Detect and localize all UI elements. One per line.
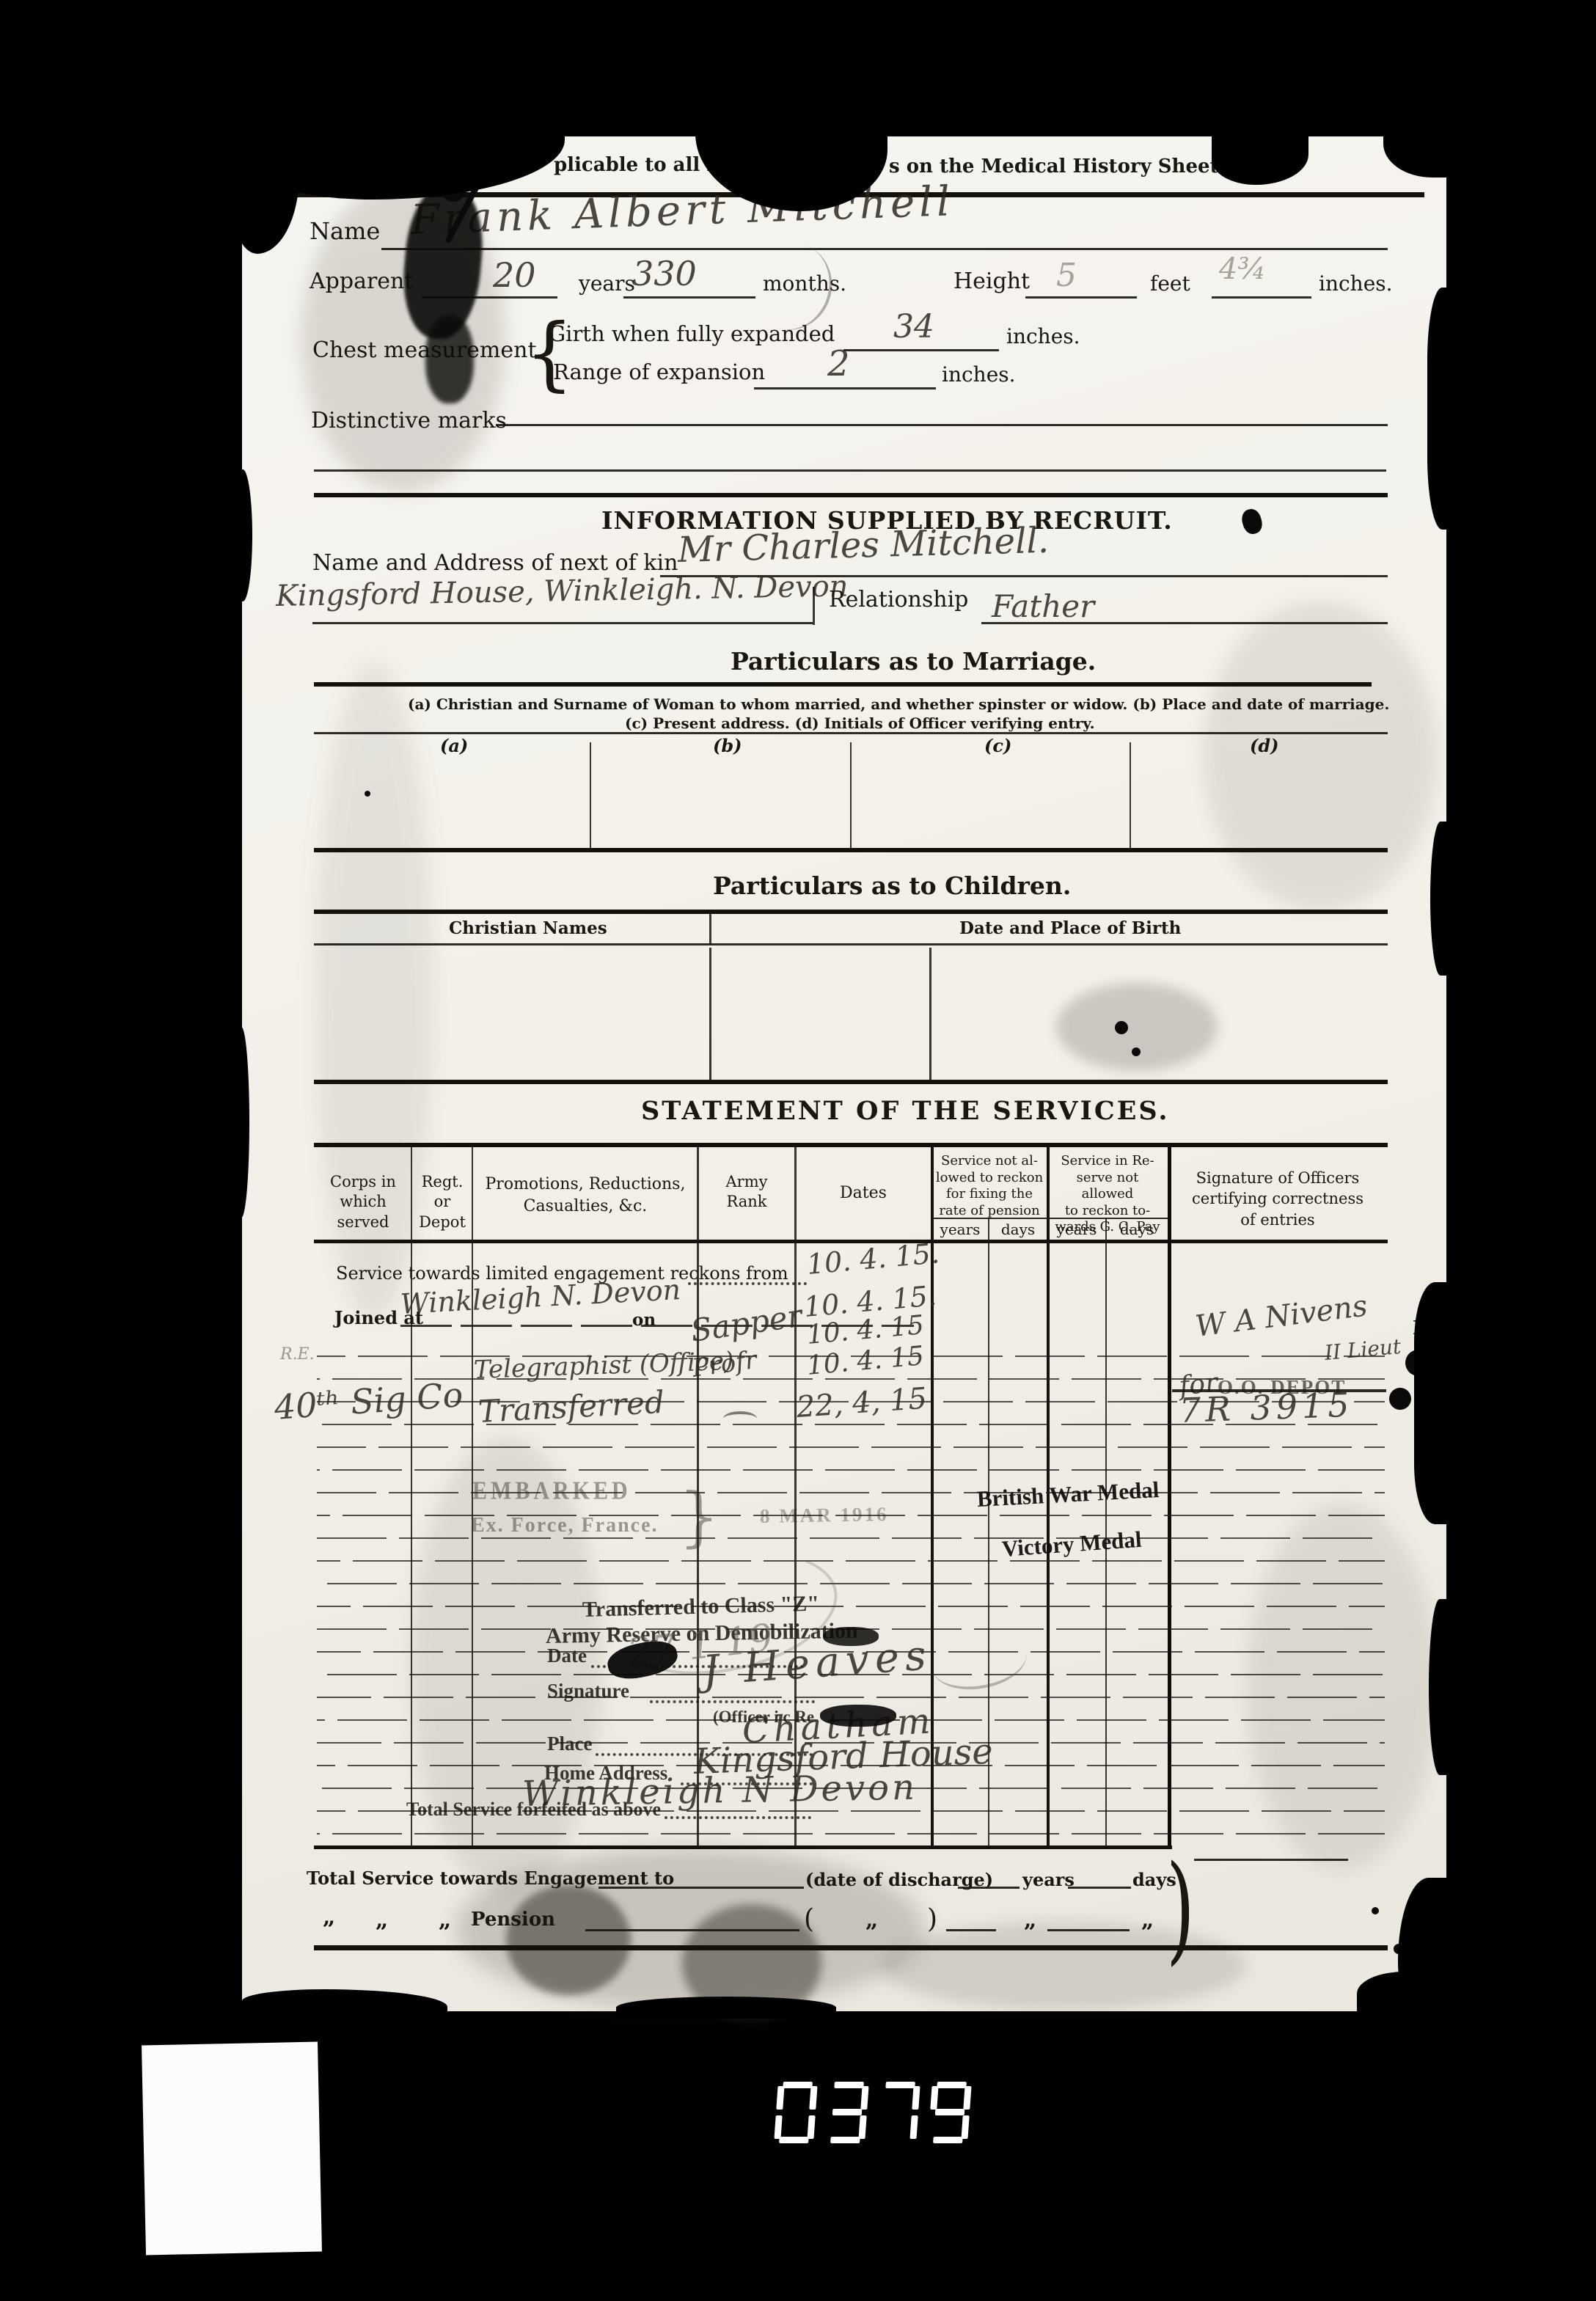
paren-close: ) xyxy=(927,1904,937,1934)
apparent-age-label: Apparent xyxy=(310,268,413,294)
marks-line1 xyxy=(496,424,1388,426)
scanned-service-record: plicable to all ran s on the Medical His… xyxy=(0,0,1596,2301)
digit-segment xyxy=(909,2115,918,2139)
sub-years1: years xyxy=(934,1221,986,1238)
ink-dot xyxy=(1389,1388,1411,1410)
height-feet-line xyxy=(1025,296,1137,299)
relationship-value: Father xyxy=(992,588,1094,624)
digit-segment xyxy=(912,2086,920,2110)
table-row-line xyxy=(317,1446,1385,1448)
dotted-leader xyxy=(665,1816,811,1819)
engagement-line xyxy=(598,1887,804,1889)
footer-years-label: years xyxy=(1022,1869,1075,1890)
ink-blot xyxy=(823,1627,879,1646)
header-fragment-right: s on the Medical History Sheet. xyxy=(889,156,1226,178)
counter-digit xyxy=(876,2082,920,2143)
table-row-line xyxy=(317,1469,1385,1471)
section-rule xyxy=(314,493,1388,497)
years-label: years xyxy=(579,271,635,296)
range-value: 2 xyxy=(827,343,850,384)
forfeited-label: Total Service forfeited as above xyxy=(406,1799,661,1821)
embark-brace: } xyxy=(678,1479,720,1554)
children-col-birth: Date and Place of Birth xyxy=(959,918,1181,938)
digit-segment xyxy=(935,2109,965,2115)
next-of-kin-label: Name and Address of next of kin xyxy=(312,550,678,576)
counter-digit xyxy=(774,2082,818,2143)
digit-segment xyxy=(783,2082,813,2088)
demob-place-label: Place xyxy=(547,1733,592,1755)
pension-label: Pension xyxy=(471,1909,555,1931)
girth-label: Girth when fully expanded xyxy=(549,321,835,346)
chest-brace: { xyxy=(525,306,574,400)
children-rule-top xyxy=(314,910,1388,914)
marriage-col-c: (c) xyxy=(984,735,1011,756)
services-section-title: STATEMENT OF THE SERVICES. xyxy=(641,1096,1170,1126)
torn-edge xyxy=(1427,288,1452,530)
children-rule-mid xyxy=(314,943,1388,945)
girth-unit: inches. xyxy=(1006,324,1080,348)
stain xyxy=(1203,601,1438,910)
children-divider xyxy=(709,948,711,1081)
sub-days1: days xyxy=(992,1221,1044,1238)
sub-days2: days xyxy=(1109,1221,1165,1238)
name-underline xyxy=(381,248,1388,250)
chest-label: Chest measurement xyxy=(312,337,537,363)
engagement-label: Total Service towards Engagement to xyxy=(307,1867,674,1889)
demob-date-label: Date xyxy=(547,1645,587,1667)
digit-segment xyxy=(961,2115,969,2139)
range-label: Range of expansion xyxy=(553,359,765,384)
paren-open: ( xyxy=(804,1904,814,1934)
col-signature-header: Signature of Officers certifying correct… xyxy=(1171,1168,1385,1230)
table-row-line xyxy=(317,1583,1385,1584)
table-row-line xyxy=(317,1537,1385,1539)
address-line xyxy=(312,622,813,624)
ditto-squiggle xyxy=(723,1411,757,1426)
age-months-value: 330 xyxy=(632,254,697,293)
relationship-divider xyxy=(813,587,815,625)
ink-smear xyxy=(425,315,474,403)
footer-days-label: days xyxy=(1132,1869,1176,1890)
corps-margin-note: R.E. xyxy=(280,1345,315,1364)
footer-right-line xyxy=(1194,1859,1348,1861)
ditto-mark: „ xyxy=(1141,1907,1154,1933)
relationship-label: Relationship xyxy=(829,587,968,612)
children-section-title: Particulars as to Children. xyxy=(713,871,1071,900)
marriage-rule-bottom xyxy=(314,848,1388,852)
torn-edge xyxy=(1357,1972,1452,2016)
torn-edge xyxy=(616,1997,836,2019)
digit-segment xyxy=(774,2115,782,2139)
stain xyxy=(1056,983,1218,1071)
ink-dot xyxy=(365,791,370,797)
demob-signature-label: Signature xyxy=(547,1680,629,1702)
digit-segment xyxy=(858,2115,866,2139)
ink-dot xyxy=(1132,1047,1141,1056)
marks-line2 xyxy=(314,469,1386,472)
girth-value: 34 xyxy=(893,308,934,345)
age-years-value: 20 xyxy=(493,255,536,295)
sub-years2: years xyxy=(1050,1221,1103,1238)
page-bottom-rule xyxy=(314,1945,1388,1950)
digit-segment xyxy=(860,2086,868,2110)
girth-line xyxy=(843,349,999,351)
col-promotions-header: Promotions, Reductions, Casualties, &c. xyxy=(474,1174,697,1217)
digit-segment xyxy=(830,2137,860,2143)
digit-segment xyxy=(776,2086,784,2110)
height-feet-value: 5 xyxy=(1056,257,1077,294)
col-pension-header: Service not al- lowed to reckon for fixi… xyxy=(933,1153,1046,1219)
ditto-mark: „ xyxy=(865,1907,878,1933)
range-line xyxy=(754,387,936,389)
marriage-col-a: (a) xyxy=(440,735,468,756)
days-line xyxy=(1068,1887,1131,1889)
marriage-divider xyxy=(1130,742,1131,849)
col-regt-header: Regt. or Depot xyxy=(413,1172,472,1232)
marriage-section-title: Particulars as to Marriage. xyxy=(731,647,1096,676)
torn-edge xyxy=(1429,1599,1451,1775)
col-corps-header: Corps in which served xyxy=(317,1172,409,1232)
age-months-line xyxy=(623,296,755,299)
inches-label: inches. xyxy=(1319,271,1393,296)
totals-bracket: ) xyxy=(1166,1840,1195,1977)
embarked-stamp: EMBARKED xyxy=(472,1477,632,1505)
children-header-divider xyxy=(709,914,711,945)
embark-date-stamp: 8 MAR 1916 xyxy=(760,1503,889,1528)
relationship-line xyxy=(981,622,1388,624)
table-row-line xyxy=(317,1833,1385,1834)
torn-edge xyxy=(1430,822,1451,976)
services-rule-top xyxy=(314,1143,1388,1147)
pension-line xyxy=(585,1929,799,1931)
digit-segment xyxy=(930,2086,938,2110)
digit-segment xyxy=(779,2137,809,2143)
digit-segment xyxy=(933,2137,963,2143)
counter-digit xyxy=(928,2082,972,2143)
table-row-line xyxy=(317,1560,1385,1562)
ditto-mark: „ xyxy=(376,1907,388,1933)
dotted-leader xyxy=(688,1282,807,1285)
height-label: Height xyxy=(953,268,1030,294)
dotted-leader xyxy=(650,1700,815,1703)
marriage-note2: (c) Present address. (d) Initials of Off… xyxy=(625,714,1095,732)
pension-line3 xyxy=(1047,1929,1130,1931)
digit-segment xyxy=(963,2086,971,2110)
digit-segment xyxy=(832,2109,863,2115)
ink-blot xyxy=(820,1705,896,1727)
header-bottom-rule xyxy=(314,1240,1388,1243)
calibration-card xyxy=(142,2042,322,2256)
subheader-rule xyxy=(931,1218,1170,1219)
marriage-divider xyxy=(590,742,591,849)
ditto-mark: „ xyxy=(1024,1907,1036,1933)
table-row-line xyxy=(317,1606,1385,1607)
height-inches-value: 4¾ xyxy=(1219,252,1266,286)
ditto-mark: „ xyxy=(323,1904,335,1930)
frame-counter xyxy=(776,2082,970,2143)
stain xyxy=(506,1885,631,1995)
torn-edge xyxy=(233,1027,249,1218)
table-row-line xyxy=(317,1697,1385,1698)
marriage-col-b: (b) xyxy=(713,735,742,756)
marriage-rule-mid xyxy=(314,732,1388,734)
marriage-note1: (a) Christian and Surname of Woman to wh… xyxy=(408,695,1389,713)
digit-segment xyxy=(834,2082,864,2088)
name-label: Name xyxy=(310,217,380,245)
table-bottom-rule xyxy=(314,1845,1172,1849)
digit-segment xyxy=(937,2082,967,2088)
marriage-col-d: (d) xyxy=(1250,735,1279,756)
feet-label: feet xyxy=(1150,271,1190,296)
distinctive-marks-label: Distinctive marks xyxy=(311,408,507,434)
ditto-mark: „ xyxy=(439,1907,451,1933)
range-unit: inches. xyxy=(942,362,1016,387)
stain xyxy=(1247,1504,1438,1870)
marriage-divider xyxy=(850,742,852,849)
col-rank-header: Army Rank xyxy=(699,1172,794,1212)
digit-segment xyxy=(809,2086,817,2110)
torn-edge xyxy=(233,469,252,601)
height-inches-line xyxy=(1212,296,1311,299)
exforce-stamp: Ex. Force, France. xyxy=(471,1514,659,1537)
ink-dot xyxy=(1372,1907,1379,1914)
digit-segment xyxy=(807,2115,815,2139)
years-line xyxy=(958,1887,1020,1889)
pension-line2 xyxy=(946,1929,996,1931)
col-dates-header: Dates xyxy=(797,1184,930,1202)
children-rule-bottom xyxy=(314,1080,1388,1084)
marriage-rule-top xyxy=(314,682,1372,687)
children-col-names: Christian Names xyxy=(449,918,607,938)
children-divider xyxy=(929,948,931,1081)
counter-digit xyxy=(825,2082,869,2143)
torn-edge xyxy=(1414,1282,1452,1524)
ink-dot xyxy=(1115,1021,1128,1034)
digit-segment xyxy=(885,2082,915,2088)
depot-number: 7R 3915 xyxy=(1179,1385,1354,1430)
